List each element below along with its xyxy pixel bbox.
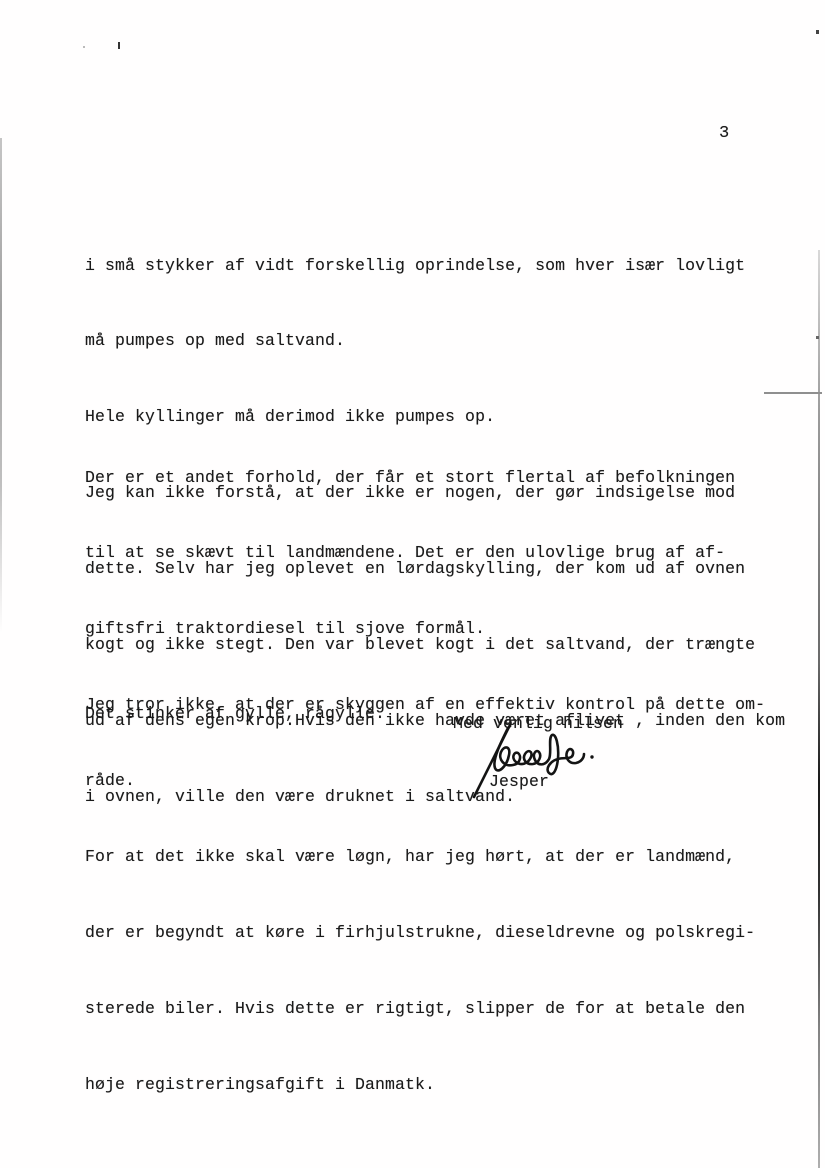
scan-edge-line-left: [0, 138, 2, 633]
text-line: Der er et andet forhold, der får et stor…: [85, 465, 765, 490]
text-line: høje registreringsafgift i Danmatk.: [85, 1072, 765, 1097]
signature-scrawl-stroke: [494, 728, 584, 774]
paragraph-tractor-diesel: Der er et andet forhold, der får et stor…: [85, 414, 765, 1148]
scan-artifact-speck: [816, 30, 819, 34]
scan-edge-line-right: [818, 250, 820, 1168]
signature-typed-name: Jesper: [489, 769, 549, 794]
text-line: i små stykker af vidt forskellig oprinde…: [85, 253, 785, 278]
text-line: For at det ikke skal være løgn, har jeg …: [85, 844, 765, 869]
scan-artifact-speck: [118, 42, 120, 49]
scan-artifact-dash: [764, 392, 822, 394]
scanned-letter-page: 3 i små stykker af vidt forskellig oprin…: [0, 0, 825, 1168]
paragraph-gylle: Det stinker af gylle, rågylle.: [85, 650, 385, 776]
text-line: sterede biler. Hvis dette er rigtigt, sl…: [85, 996, 765, 1021]
text-line: til at se skævt til landmændene. Det er …: [85, 540, 765, 565]
text-line: Det stinker af gylle, rågylle.: [85, 701, 385, 726]
scan-artifact-speck: [83, 46, 85, 48]
signature-ink-dot: [590, 755, 593, 758]
text-line: må pumpes op med saltvand.: [85, 328, 785, 353]
text-line: giftsfri traktordiesel til sjove formål.: [85, 616, 765, 641]
text-line: der er begyndt at køre i firhjulstrukne,…: [85, 920, 765, 945]
page-number: 3: [719, 124, 729, 144]
scan-artifact-speck: [816, 336, 819, 339]
